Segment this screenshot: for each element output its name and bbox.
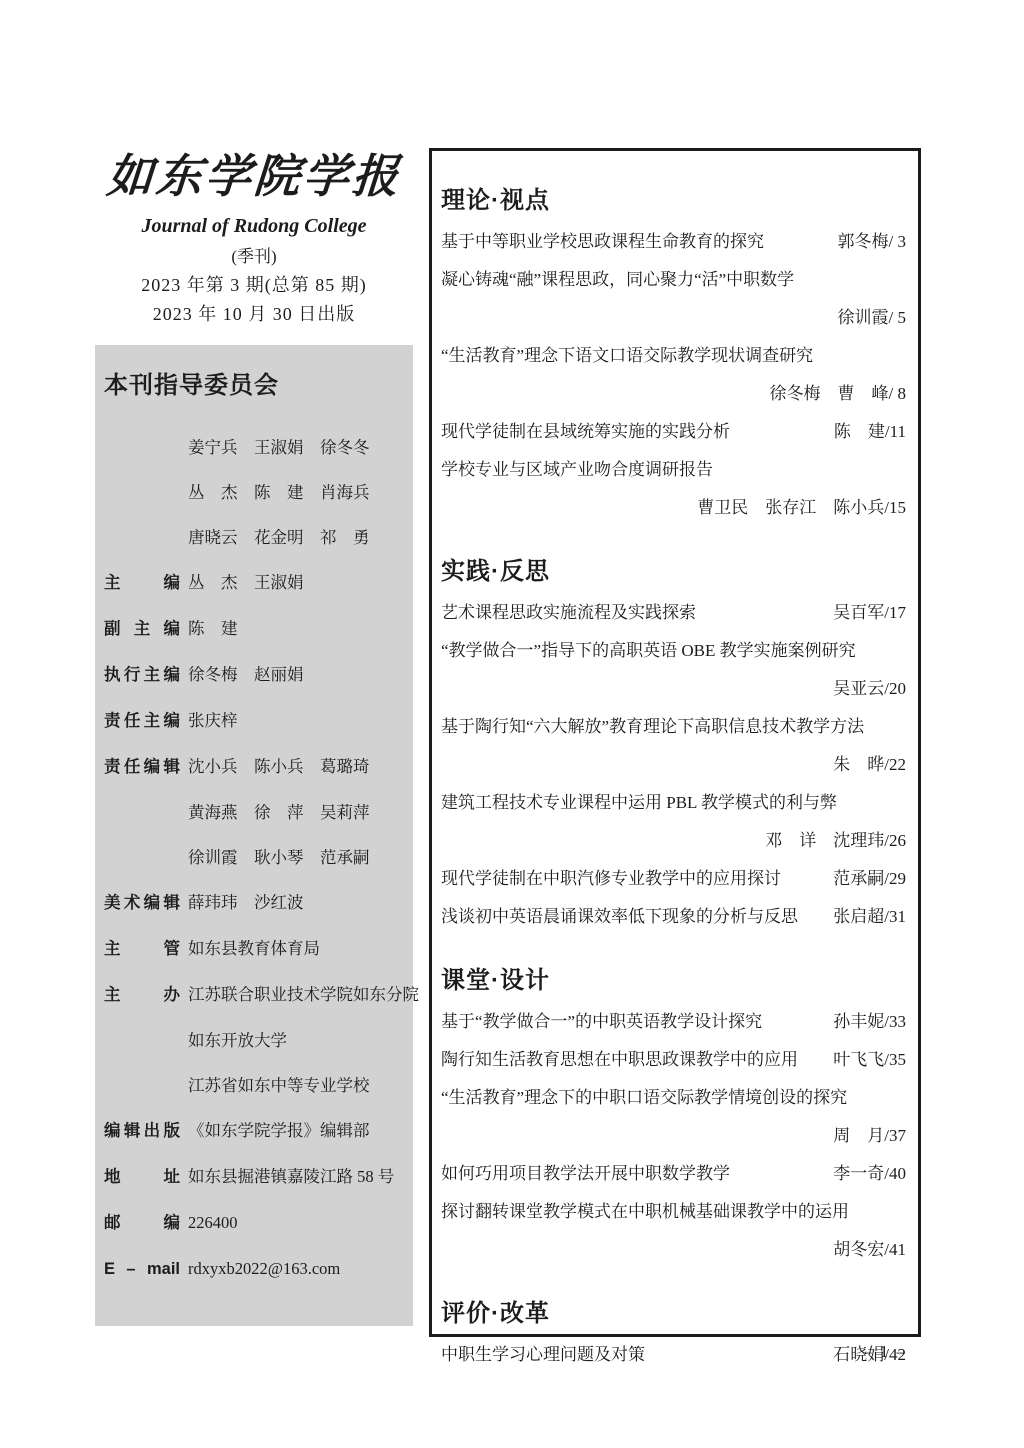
toc-entry-row: 建筑工程技术专业课程中运用 PBL 教学模式的利与弊 (441, 784, 906, 822)
article-author-page: 叶飞飞/35 (833, 1041, 906, 1079)
toc-entry-row: 浅谈初中英语晨诵课效率低下现象的分析与反思张启超/31 (441, 898, 906, 936)
article-author-page: 朱 晔/22 (441, 746, 906, 784)
staff-row: 副主编陈 建 (104, 606, 409, 652)
toc-entry: 陶行知生活教育思想在中职思政课教学中的应用叶飞飞/35 (441, 1041, 906, 1079)
article-author-page: 胡冬宏/41 (441, 1231, 906, 1269)
toc-entry-row: “生活教育”理念下的中职口语交际教学情境创设的探究 (441, 1079, 906, 1117)
toc-entry: 凝心铸魂“融”课程思政，同心聚力“活”中职数学徐训霞/ 5 (441, 261, 906, 337)
staff-names: 江苏省如东中等专业学校 (188, 1063, 370, 1108)
toc-entry: 基于“教学做合一”的中职英语教学设计探究孙丰妮/33 (441, 1003, 906, 1041)
toc-entry-row: “教学做合一”指导下的高职英语 OBE 教学实施案例研究 (441, 632, 906, 670)
staff-names: 薛玮玮 沙红波 (188, 880, 304, 925)
staff-role-label: 主编 (104, 561, 180, 606)
journal-issue-line: 2023 年第 3 期(总第 85 期) (95, 271, 413, 300)
staff-role-label: 邮编 (104, 1201, 180, 1246)
staff-row: 江苏省如东中等专业学校 (104, 1063, 409, 1108)
staff-role-label: 主管 (104, 927, 180, 972)
committee-member-row: 唐晓云 花金明 祁 勇 (188, 515, 409, 560)
article-title: 现代学徒制在县域统筹实施的实践分析 (441, 413, 730, 451)
article-author-page: 郭冬梅/ 3 (838, 223, 906, 261)
article-title: 学校专业与区域产业吻合度调研报告 (441, 451, 713, 489)
article-title: 现代学徒制在中职汽修专业教学中的应用探讨 (441, 860, 781, 898)
staff-names: 如东县教育体育局 (188, 926, 320, 971)
staff-row: 美术编辑薛玮玮 沙红波 (104, 880, 409, 926)
staff-names: 徐冬梅 赵丽娟 (188, 652, 304, 697)
staff-row: 邮编226400 (104, 1200, 409, 1246)
toc-section-heading: 实践·反思 (441, 552, 906, 592)
staff-role-label: 编辑出版 (104, 1109, 180, 1154)
toc-entry: 如何巧用项目教学法开展中职数学教学李一奇/40 (441, 1155, 906, 1193)
staff-role-label: 美术编辑 (104, 881, 180, 926)
masthead: 如东学院学报 Journal of Rudong College (季刊) 20… (95, 146, 413, 329)
article-author-page: 李一奇/40 (833, 1155, 906, 1193)
toc-section-heading: 评价·改革 (441, 1294, 906, 1334)
toc-entry: “教学做合一”指导下的高职英语 OBE 教学实施案例研究吴亚云/20 (441, 632, 906, 708)
guidance-committee-list: 姜宁兵 王淑娟 徐冬冬丛 杰 陈 建 肖海兵唐晓云 花金明 祁 勇 (104, 425, 409, 560)
article-author-page: 徐训霞/ 5 (441, 299, 906, 337)
staff-row: 地址如东县掘港镇嘉陵江路 58 号 (104, 1154, 409, 1200)
page-number: – 1 – (820, 1342, 950, 1362)
article-author-page: 陈 建/11 (834, 413, 906, 451)
toc-entry-row: 陶行知生活教育思想在中职思政课教学中的应用叶飞飞/35 (441, 1041, 906, 1079)
article-author-page: 张启超/31 (833, 898, 906, 936)
staff-names: 如东开放大学 (188, 1018, 287, 1063)
toc-entry-row: 如何巧用项目教学法开展中职数学教学李一奇/40 (441, 1155, 906, 1193)
article-title: “生活教育”理念下语文口语交际教学现状调查研究 (441, 337, 813, 375)
toc-entry: 探讨翻转课堂教学模式在中职机械基础课教学中的运用胡冬宏/41 (441, 1193, 906, 1269)
staff-row: 责任编辑沈小兵 陈小兵 葛璐琦 (104, 744, 409, 790)
article-author-page: 吴亚云/20 (441, 670, 906, 708)
article-title: 如何巧用项目教学法开展中职数学教学 (441, 1155, 730, 1193)
staff-names: rdxyxb2022@163.com (188, 1246, 340, 1291)
article-title: 基于“教学做合一”的中职英语教学设计探究 (441, 1003, 762, 1041)
staff-row: 徐训霞 耿小琴 范承嗣 (104, 835, 409, 880)
staff-role-label: 责任编辑 (104, 745, 180, 790)
staff-row: 责任主编张庆梓 (104, 698, 409, 744)
toc-entry-row: 基于“教学做合一”的中职英语教学设计探究孙丰妮/33 (441, 1003, 906, 1041)
article-title: “教学做合一”指导下的高职英语 OBE 教学实施案例研究 (441, 632, 856, 670)
journal-title-zh: 如东学院学报 (93, 146, 415, 206)
staff-names: 丛 杰 王淑娟 (188, 560, 304, 605)
article-title: 陶行知生活教育思想在中职思政课教学中的应用 (441, 1041, 798, 1079)
article-author-page: 曹卫民 张存江 陈小兵/15 (441, 489, 906, 527)
staff-role-label: 副主编 (104, 607, 180, 652)
article-title: 基于中等职业学校思政课程生命教育的探究 (441, 223, 764, 261)
toc-entry-row: 基于陶行知“六大解放”教育理论下高职信息技术教学方法 (441, 708, 906, 746)
table-of-contents: 理论·视点基于中等职业学校思政课程生命教育的探究郭冬梅/ 3凝心铸魂“融”课程思… (429, 148, 921, 1337)
toc-entry: 现代学徒制在县域统筹实施的实践分析陈 建/11 (441, 413, 906, 451)
journal-frequency: (季刊) (95, 242, 413, 271)
toc-entry: 基于陶行知“六大解放”教育理论下高职信息技术教学方法朱 晔/22 (441, 708, 906, 784)
staff-role-label: 执行主编 (104, 653, 180, 698)
staff-role-label: E – mail (104, 1247, 180, 1292)
staff-row: 黄海燕 徐 萍 吴莉萍 (104, 790, 409, 835)
toc-entry: 现代学徒制在中职汽修专业教学中的应用探讨范承嗣/29 (441, 860, 906, 898)
article-title: 基于陶行知“六大解放”教育理论下高职信息技术教学方法 (441, 708, 864, 746)
staff-row: 编辑出版《如东学院学报》编辑部 (104, 1108, 409, 1154)
staff-row: 主办江苏联合职业技术学院如东分院 (104, 972, 409, 1018)
toc-entry-row: “生活教育”理念下语文口语交际教学现状调查研究 (441, 337, 906, 375)
staff-role-label: 地址 (104, 1155, 180, 1200)
staff-names: 张庆梓 (188, 698, 238, 743)
toc-section: 理论·视点基于中等职业学校思政课程生命教育的探究郭冬梅/ 3凝心铸魂“融”课程思… (441, 181, 906, 527)
staff-names: 226400 (188, 1200, 238, 1245)
toc-section: 实践·反思艺术课程思政实施流程及实践探索吴百军/17“教学做合一”指导下的高职英… (441, 552, 906, 936)
staff-names: 《如东学院学报》编辑部 (188, 1108, 370, 1153)
staff-row: 如东开放大学 (104, 1018, 409, 1063)
staff-row: 主管如东县教育体育局 (104, 926, 409, 972)
staff-names: 徐训霞 耿小琴 范承嗣 (188, 835, 370, 880)
article-title: “生活教育”理念下的中职口语交际教学情境创设的探究 (441, 1079, 847, 1117)
staff-names: 黄海燕 徐 萍 吴莉萍 (188, 790, 370, 835)
article-title: 艺术课程思政实施流程及实践探索 (441, 594, 696, 632)
toc-entry-row: 艺术课程思政实施流程及实践探索吴百军/17 (441, 594, 906, 632)
staff-row: 执行主编徐冬梅 赵丽娟 (104, 652, 409, 698)
staff-names: 江苏联合职业技术学院如东分院 (188, 972, 419, 1017)
committee-member-row: 姜宁兵 王淑娟 徐冬冬 (188, 425, 409, 470)
article-title: 建筑工程技术专业课程中运用 PBL 教学模式的利与弊 (441, 784, 837, 822)
article-author-page: 孙丰妮/33 (833, 1003, 906, 1041)
staff-names: 陈 建 (188, 606, 238, 651)
article-title: 浅谈初中英语晨诵课效率低下现象的分析与反思 (441, 898, 798, 936)
toc-entry: “生活教育”理念下的中职口语交际教学情境创设的探究周 月/37 (441, 1079, 906, 1155)
panel-heading: 本刊指导委员会 (104, 369, 409, 403)
article-title: 凝心铸魂“融”课程思政，同心聚力“活”中职数学 (441, 261, 794, 299)
toc-entry-row: 凝心铸魂“融”课程思政，同心聚力“活”中职数学 (441, 261, 906, 299)
toc-entry-row: 学校专业与区域产业吻合度调研报告 (441, 451, 906, 489)
staff-role-label: 主办 (104, 973, 180, 1018)
toc-entry: 艺术课程思政实施流程及实践探索吴百军/17 (441, 594, 906, 632)
toc-section: 评价·改革中职生学习心理问题及对策石晓娟/42 (441, 1294, 906, 1374)
article-title: 探讨翻转课堂教学模式在中职机械基础课教学中的运用 (441, 1193, 849, 1231)
journal-publish-date: 2023 年 10 月 30 日出版 (95, 300, 413, 329)
toc-section: 课堂·设计基于“教学做合一”的中职英语教学设计探究孙丰妮/33陶行知生活教育思想… (441, 961, 906, 1269)
toc-entry: 浅谈初中英语晨诵课效率低下现象的分析与反思张启超/31 (441, 898, 906, 936)
toc-entry: “生活教育”理念下语文口语交际教学现状调查研究徐冬梅 曹 峰/ 8 (441, 337, 906, 413)
staff-row: E – mailrdxyxb2022@163.com (104, 1246, 409, 1292)
toc-entry-row: 现代学徒制在县域统筹实施的实践分析陈 建/11 (441, 413, 906, 451)
toc-entry: 学校专业与区域产业吻合度调研报告曹卫民 张存江 陈小兵/15 (441, 451, 906, 527)
article-author-page: 徐冬梅 曹 峰/ 8 (441, 375, 906, 413)
editorial-board-panel: 本刊指导委员会 姜宁兵 王淑娟 徐冬冬丛 杰 陈 建 肖海兵唐晓云 花金明 祁 … (95, 345, 413, 1326)
article-title: 中职生学习心理问题及对策 (441, 1336, 645, 1374)
toc-entry: 基于中等职业学校思政课程生命教育的探究郭冬梅/ 3 (441, 223, 906, 261)
toc-entry-row: 探讨翻转课堂教学模式在中职机械基础课教学中的运用 (441, 1193, 906, 1231)
toc-entry-row: 现代学徒制在中职汽修专业教学中的应用探讨范承嗣/29 (441, 860, 906, 898)
article-author-page: 周 月/37 (441, 1117, 906, 1155)
toc-entry: 建筑工程技术专业课程中运用 PBL 教学模式的利与弊邓 详 沈理玮/26 (441, 784, 906, 860)
journal-title-en: Journal of Rudong College (95, 210, 413, 242)
article-author-page: 范承嗣/29 (833, 860, 906, 898)
article-author-page: 邓 详 沈理玮/26 (441, 822, 906, 860)
toc-entry-row: 基于中等职业学校思政课程生命教育的探究郭冬梅/ 3 (441, 223, 906, 261)
staff-row: 主编丛 杰 王淑娟 (104, 560, 409, 606)
toc-section-heading: 课堂·设计 (441, 961, 906, 1001)
committee-member-row: 丛 杰 陈 建 肖海兵 (188, 470, 409, 515)
staff-names: 沈小兵 陈小兵 葛璐琦 (188, 744, 370, 789)
staff-names: 如东县掘港镇嘉陵江路 58 号 (188, 1154, 394, 1199)
toc-section-heading: 理论·视点 (441, 181, 906, 221)
article-author-page: 吴百军/17 (833, 594, 906, 632)
staff-role-label: 责任主编 (104, 699, 180, 744)
editorial-staff-list: 主编丛 杰 王淑娟副主编陈 建执行主编徐冬梅 赵丽娟责任主编张庆梓责任编辑沈小兵… (104, 560, 409, 1292)
journal-toc-page: { "colors": { "panel_bg": "#d2d2d2", "bo… (0, 0, 1024, 1448)
